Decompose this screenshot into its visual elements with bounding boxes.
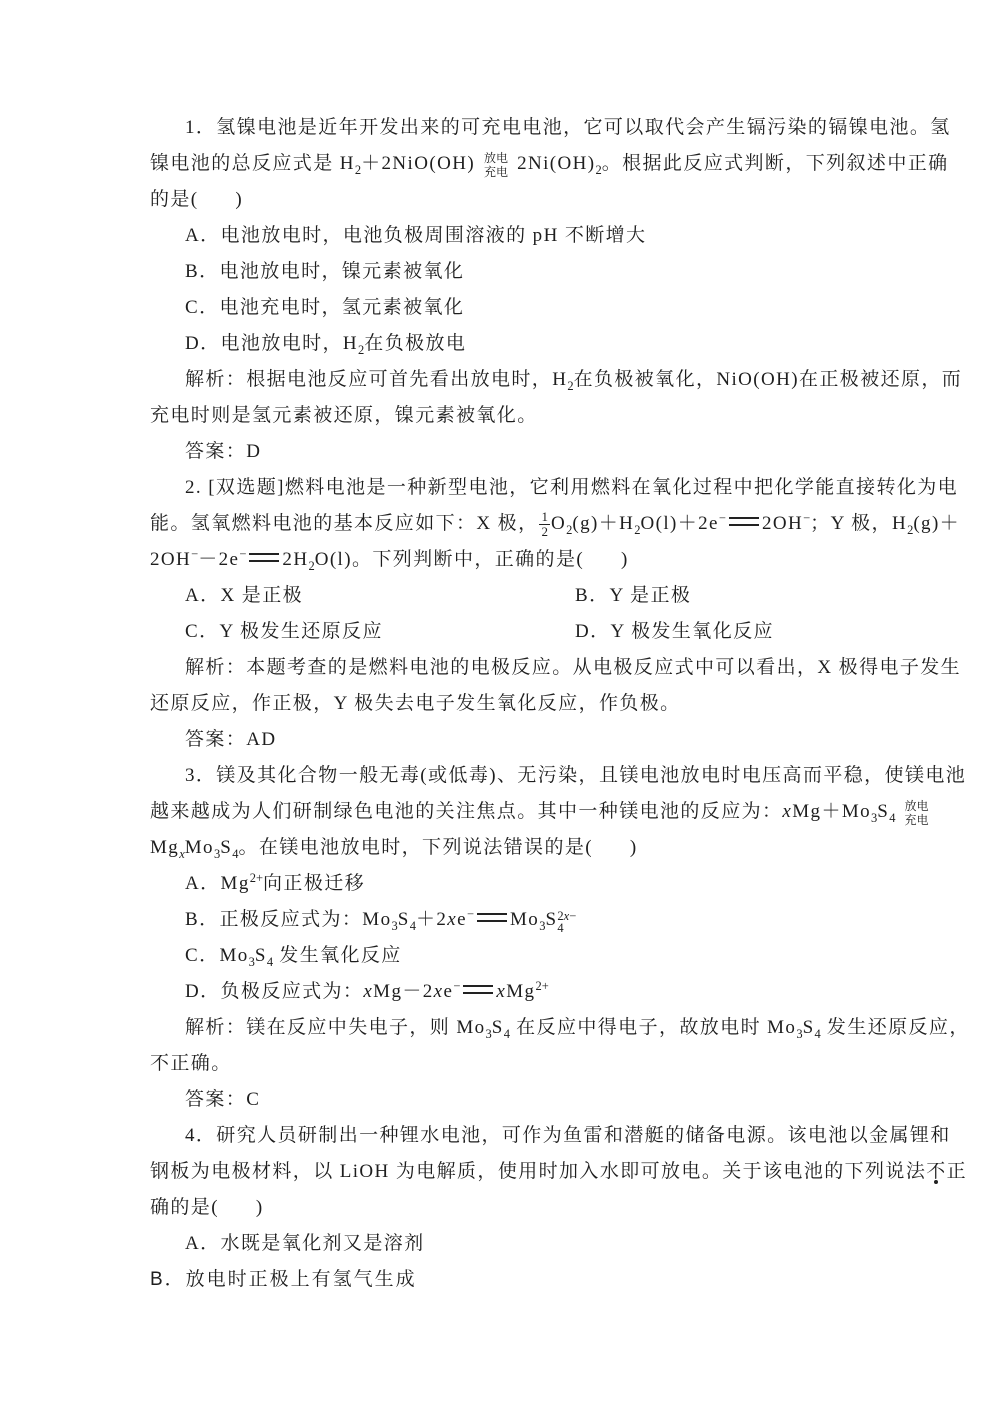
q3-analysis-line-1: 解析：镁在反应中失电子，则 Mo3S4 在反应中得电子，故放电时 Mo3S4 发…: [150, 1010, 862, 1046]
q3-stem-line-3: MgxMo3S4。在镁电池放电时，下列说法错误的是( ): [150, 830, 862, 866]
q3-option-c: C．Mo3S4 发生氧化反应: [150, 938, 862, 974]
q3-option-a: A．Mg2+向正极迁移: [150, 866, 862, 902]
q3-answer: 答案：C: [150, 1082, 862, 1118]
q3-analysis-line-2: 不正确。: [150, 1046, 862, 1082]
q1-option-a: A．电池放电时，电池负极周围溶液的 pH 不断增大: [150, 218, 862, 254]
q3-stem-line-1: 3．镁及其化合物一般无毒(或低毒)、无污染，且镁电池放电时电压高而平稳，使镁电池: [150, 758, 862, 794]
q2-options-row-2: C．Y 极发生还原反应 D．Y 极发生氧化反应: [150, 614, 862, 650]
q2-analysis-line-1: 解析：本题考查的是燃料电池的电极反应。从电极反应式中可以看出，X 极得电子发生: [150, 650, 862, 686]
q2-option-b: B．Y 是正极: [575, 578, 862, 614]
q2-stem-line-2: 能。氢氧燃料电池的基本反应如下：X 极，12O2(g)＋H2O(l)＋2e−2O…: [150, 506, 862, 542]
q4-stem-line-2: 钢板为电极材料，以 LiOH 为电解质，使用时加入水即可放电。关于该电池的下列说…: [150, 1154, 862, 1190]
q1-stem-line-3: 的是( ): [150, 182, 862, 218]
q4-stem-line-3: 确的是( ): [150, 1190, 862, 1226]
q4-stem-line-1: 4．研究人员研制出一种锂水电池，可作为鱼雷和潜艇的储备电源。该电池以金属锂和: [150, 1118, 862, 1154]
q4-option-b: B．放电时正极上有氢气生成: [150, 1262, 862, 1298]
q2-stem-line-1: 2. [双选题]燃料电池是一种新型电池，它利用燃料在氧化过程中把化学能直接转化为…: [150, 470, 862, 506]
q2-option-a: A．X 是正极: [150, 578, 575, 614]
q1-analysis-line-2: 充电时则是氢元素被还原，镍元素被氧化。: [150, 398, 862, 434]
q2-stem-line-3: 2OH−－2e−2H2O(l)。下列判断中，正确的是( ): [150, 542, 862, 578]
q1-analysis-line-1: 解析：根据电池反应可首先看出放电时，H2在负极被氧化，NiO(OH)在正极被还原…: [150, 362, 862, 398]
document-content: 1．氢镍电池是近年开发出来的可充电电池，它可以取代会产生镉污染的镉镍电池。氢 镍…: [150, 110, 862, 1298]
q3-option-b: B．正极反应式为：Mo3S4＋2xe−Mo3S2x−4: [150, 902, 862, 938]
q2-option-d: D．Y 极发生氧化反应: [575, 614, 862, 650]
q3-stem-line-2: 越来越成为人们研制绿色电池的关注焦点。其中一种镁电池的反应为：xMg＋Mo3S4…: [150, 794, 862, 830]
q2-analysis-line-2: 还原反应，作正极，Y 极失去电子发生氧化反应，作负极。: [150, 686, 862, 722]
q1-option-c: C．电池充电时，氢元素被氧化: [150, 290, 862, 326]
q1-option-b: B．电池放电时，镍元素被氧化: [150, 254, 862, 290]
q3-option-d: D．负极反应式为：xMg－2xe−xMg2+: [150, 974, 862, 1010]
q2-options-row-1: A．X 是正极 B．Y 是正极: [150, 578, 862, 614]
q1-option-d: D．电池放电时，H2在负极放电: [150, 326, 862, 362]
q1-answer: 答案：D: [150, 434, 862, 470]
q1-stem-line-1: 1．氢镍电池是近年开发出来的可充电电池，它可以取代会产生镉污染的镉镍电池。氢: [150, 110, 862, 146]
q4-option-a: A．水既是氧化剂又是溶剂: [150, 1226, 862, 1262]
q1-stem-line-2: 镍电池的总反应式是 H2＋2NiO(OH)放电充电2Ni(OH)2。根据此反应式…: [150, 146, 862, 182]
q2-answer: 答案：AD: [150, 722, 862, 758]
document-page: 1．氢镍电池是近年开发出来的可充电电池，它可以取代会产生镉污染的镉镍电池。氢 镍…: [0, 0, 1000, 1414]
q2-option-c: C．Y 极发生还原反应: [150, 614, 575, 650]
